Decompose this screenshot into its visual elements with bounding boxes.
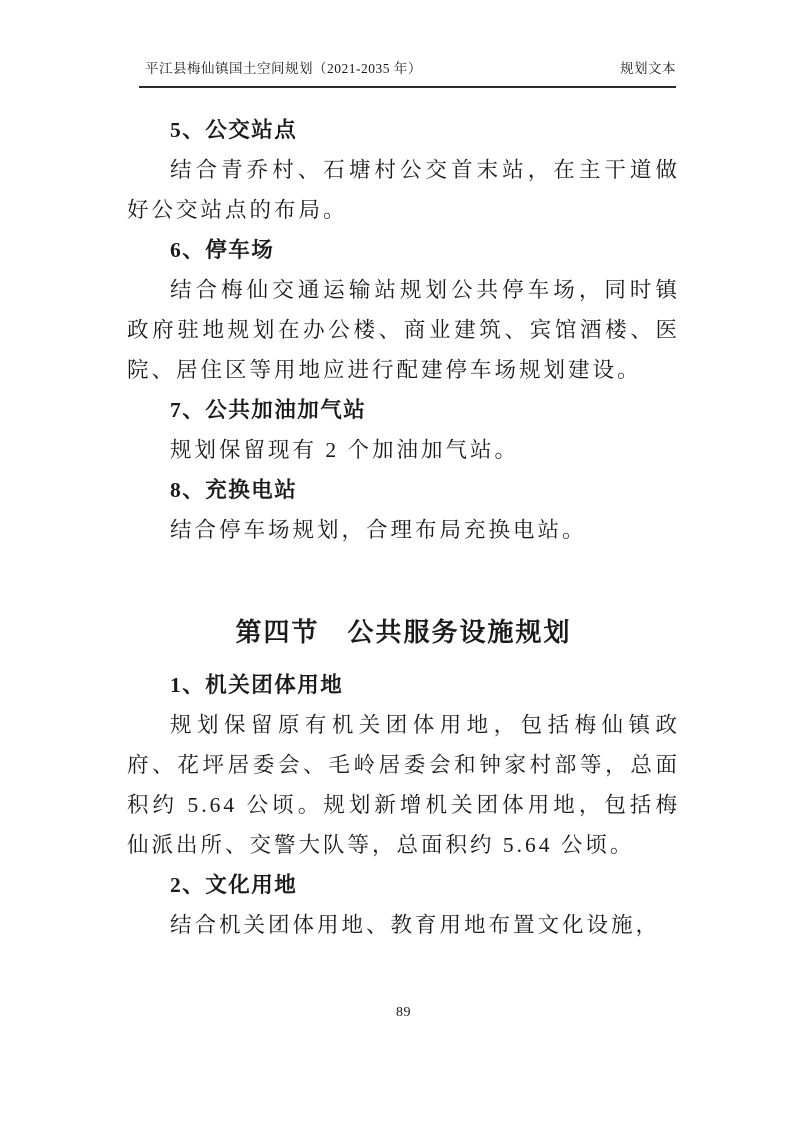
document-body: 5、公交站点 结合青乔村、石塘村公交首末站，在主干道做好公交站点的布局。 6、停…	[127, 110, 680, 945]
para-bus-stops: 结合青乔村、石塘村公交首末站，在主干道做好公交站点的布局。	[127, 150, 680, 230]
heading-charging-stations: 8、充换电站	[127, 470, 680, 510]
para-gas-stations: 规划保留现有 2 个加油加气站。	[127, 430, 680, 470]
para-government-land: 规划保留原有机关团体用地，包括梅仙镇政府、花坪居委会、毛岭居委会和钟家村部等，总…	[127, 705, 680, 865]
para-parking-lots: 结合梅仙交通运输站规划公共停车场，同时镇政府驻地规划在办公楼、商业建筑、宾馆酒楼…	[127, 270, 680, 390]
heading-parking-lots: 6、停车场	[127, 230, 680, 270]
heading-bus-stops: 5、公交站点	[127, 110, 680, 150]
header-document-type: 规划文本	[620, 60, 676, 77]
document-page: 平江县梅仙镇国土空间规划（2021-2035 年） 规划文本 5、公交站点 结合…	[0, 0, 793, 1122]
page-footer: 89	[127, 1003, 680, 1023]
page-number: 89	[396, 1005, 411, 1020]
heading-government-land: 1、机关团体用地	[127, 665, 680, 705]
header-document-title: 平江县梅仙镇国土空间规划（2021-2035 年）	[139, 60, 422, 77]
heading-cultural-land: 2、文化用地	[127, 865, 680, 905]
heading-gas-stations: 7、公共加油加气站	[127, 390, 680, 430]
page-header: 平江县梅仙镇国土空间规划（2021-2035 年） 规划文本	[139, 60, 676, 88]
para-charging-stations: 结合停车场规划，合理布局充换电站。	[127, 510, 680, 550]
chapter-title-public-service-facilities: 第四节 公共服务设施规划	[127, 605, 680, 659]
para-cultural-land: 结合机关团体用地、教育用地布置文化设施，	[127, 905, 680, 945]
